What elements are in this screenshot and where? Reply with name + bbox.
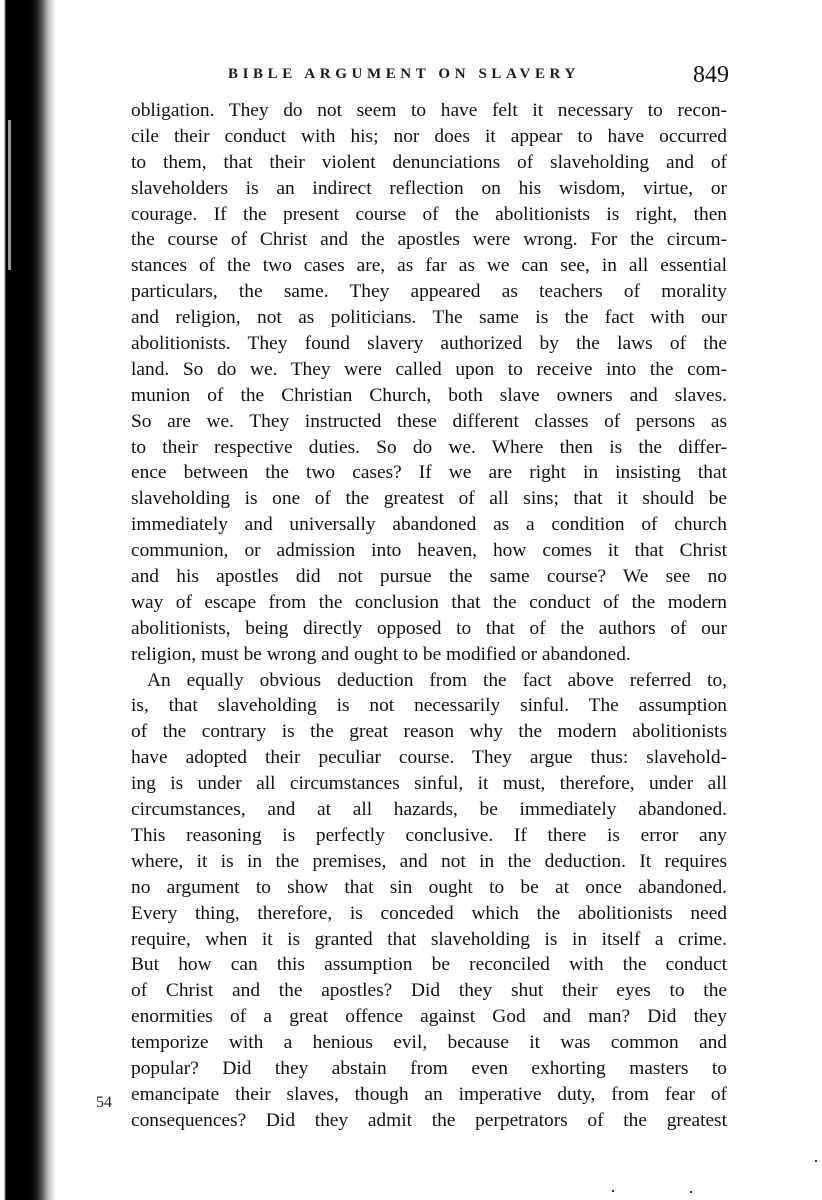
print-speck — [690, 1191, 692, 1193]
text-line: slaveholding is one of the greatest of a… — [131, 486, 727, 512]
text-line: popular? Did they abstain from even exho… — [131, 1056, 727, 1082]
text-line: ing is under all circumstances sinful, i… — [131, 771, 727, 797]
text-line: munion of the Christian Church, both sla… — [131, 383, 727, 409]
text-line: of Christ and the apostles? Did they shu… — [131, 978, 727, 1004]
book-binding-shadow — [0, 0, 60, 1200]
text-line: abolitionists, being directly opposed to… — [131, 616, 727, 642]
book-page: BIBLE ARGUMENT ON SLAVERY 849 obligation… — [131, 62, 727, 1134]
text-line: of the contrary is the great reason why … — [131, 719, 727, 745]
print-speck — [612, 1190, 614, 1192]
text-line: courage. If the present course of the ab… — [131, 202, 727, 228]
text-line: This reasoning is perfectly conclusive. … — [131, 823, 727, 849]
signature-mark: 54 — [96, 1094, 112, 1112]
text-line: way of escape from the conclusion that t… — [131, 590, 727, 616]
text-line: require, when it is granted that slaveho… — [131, 927, 727, 953]
text-line: to their respective duties. So do we. Wh… — [131, 435, 727, 461]
paragraph-2: An equally obvious deduction from the fa… — [131, 668, 727, 1134]
text-line: and religion, not as politicians. The sa… — [131, 305, 727, 331]
text-line: communion, or admission into heaven, how… — [131, 538, 727, 564]
text-line: to them, that their violent denunciation… — [131, 150, 727, 176]
text-line: But how can this assumption be reconcile… — [131, 952, 727, 978]
text-line: obligation. They do not seem to have fel… — [131, 98, 727, 124]
page-number: 849 — [693, 62, 729, 89]
body-text: obligation. They do not seem to have fel… — [131, 98, 727, 1134]
text-line: and his apostles did not pursue the same… — [131, 564, 727, 590]
text-line: Every thing, therefore, is conceded whic… — [131, 901, 727, 927]
text-line: So are we. They instructed these differe… — [131, 409, 727, 435]
text-line: have adopted their peculiar course. They… — [131, 745, 727, 771]
paragraph-1: obligation. They do not seem to have fel… — [131, 98, 727, 668]
text-line: is, that slaveholding is not necessarily… — [131, 693, 727, 719]
text-line: the course of Christ and the apostles we… — [131, 227, 727, 253]
text-line: slaveholders is an indirect reflection o… — [131, 176, 727, 202]
print-speck — [815, 1160, 817, 1162]
text-line: consequences? Did they admit the perpetr… — [131, 1108, 727, 1134]
running-head: BIBLE ARGUMENT ON SLAVERY 849 — [131, 62, 727, 98]
text-line: where, it is in the premises, and not in… — [131, 849, 727, 875]
text-line: immediately and universally abandoned as… — [131, 512, 727, 538]
text-line: abolitionists. They found slavery author… — [131, 331, 727, 357]
text-line: stances of the two cases are, as far as … — [131, 253, 727, 279]
text-line: circumstances, and at all hazards, be im… — [131, 797, 727, 823]
running-title: BIBLE ARGUMENT ON SLAVERY — [228, 66, 580, 83]
text-line: no argument to show that sin ought to be… — [131, 875, 727, 901]
text-line: cile their conduct with his; nor does it… — [131, 124, 727, 150]
text-line: temporize with a henious evil, because i… — [131, 1030, 727, 1056]
text-line: particulars, the same. They appeared as … — [131, 279, 727, 305]
text-line: religion, must be wrong and ought to be … — [131, 642, 727, 668]
text-line: land. So do we. They were called upon to… — [131, 357, 727, 383]
text-line: enormities of a great offence against Go… — [131, 1004, 727, 1030]
text-line: emancipate their slaves, though an imper… — [131, 1082, 727, 1108]
text-line: An equally obvious deduction from the fa… — [131, 668, 727, 694]
text-line: ence between the two cases? If we are ri… — [131, 460, 727, 486]
